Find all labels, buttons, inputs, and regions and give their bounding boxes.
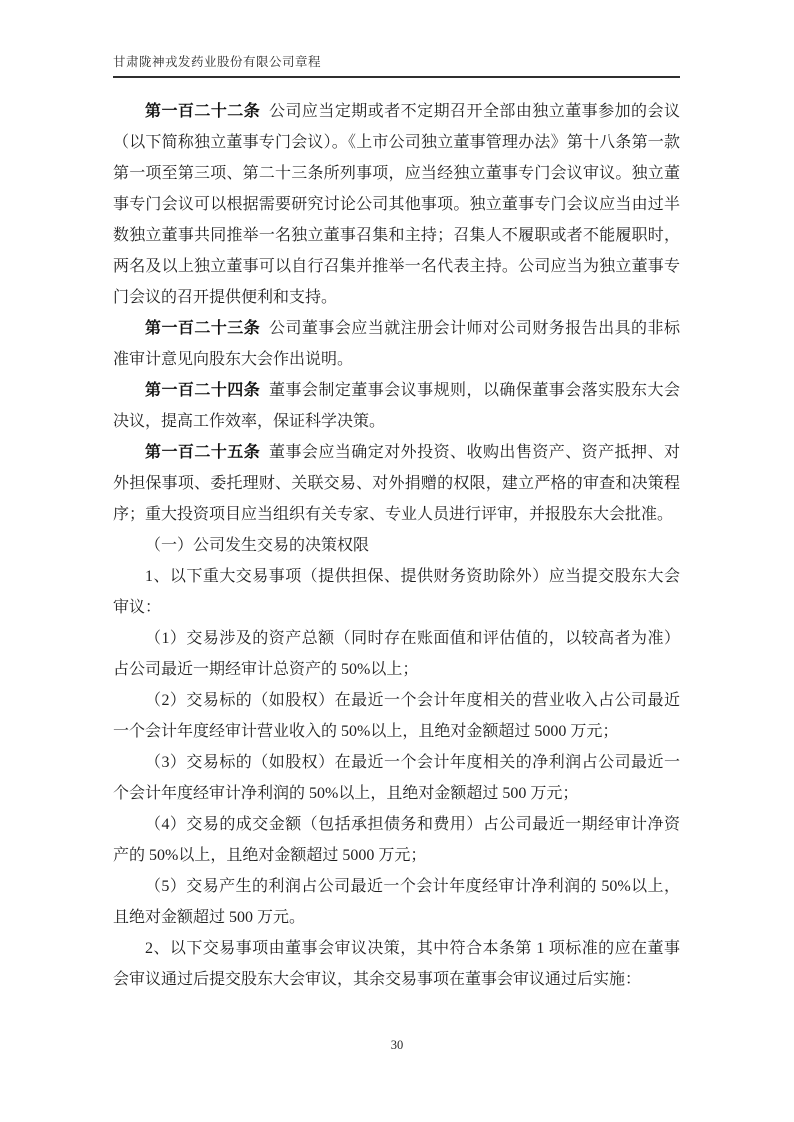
document-body: 第一百二十二条公司应当定期或者不定期召开全部由独立董事参加的会议（以下简称独立董… [113,96,680,995]
paragraph-subitem-5: （5）交易产生的利润占公司最近一个会计年度经审计净利润的 50%以上，且绝对金额… [113,871,680,933]
article-number-124: 第一百二十四条 [145,382,260,399]
paragraph-text: （5）交易产生的利润占公司最近一个会计年度经审计净利润的 50%以上，且绝对金额… [113,878,680,926]
paragraph-text: （2）交易标的（如股权）在最近一个会计年度相关的营业收入占公司最近一个会计年度经… [113,692,680,740]
paragraph-article-125: 第一百二十五条董事会应当确定对外投资、收购出售资产、资产抵押、对外担保事项、委托… [113,437,680,530]
paragraph-item-2: 2、以下交易事项由董事会审议决策，其中符合本条第 1 项标准的应在董事会审议通过… [113,933,680,995]
page-header: 甘肃陇神戎发药业股份有限公司章程 [113,52,680,78]
page-number: 30 [391,1038,404,1052]
paragraph-article-124: 第一百二十四条董事会制定董事会议事规则，以确保董事会落实股东大会决议，提高工作效… [113,375,680,437]
paragraph-text: 公司应当定期或者不定期召开全部由独立董事参加的会议（以下简称独立董事专门会议）。… [113,103,680,306]
paragraph-subitem-2: （2）交易标的（如股权）在最近一个会计年度相关的营业收入占公司最近一个会计年度经… [113,685,680,747]
paragraph-item-1: 1、以下重大交易事项（提供担保、提供财务资助除外）应当提交股东大会审议： [113,561,680,623]
document-page: 甘肃陇神戎发药业股份有限公司章程 第一百二十二条公司应当定期或者不定期召开全部由… [0,0,794,1122]
paragraph-article-122: 第一百二十二条公司应当定期或者不定期召开全部由独立董事参加的会议（以下简称独立董… [113,96,680,313]
article-number-123: 第一百二十三条 [145,320,260,337]
paragraph-text: （1）交易涉及的资产总额（同时存在账面值和评估值的，以较高者为准）占公司最近一期… [113,630,680,678]
paragraph-text: （一）公司发生交易的决策权限 [145,537,369,554]
article-number-125: 第一百二十五条 [145,444,260,461]
paragraph-subitem-1: （1）交易涉及的资产总额（同时存在账面值和评估值的，以较高者为准）占公司最近一期… [113,623,680,685]
paragraph-section-heading: （一）公司发生交易的决策权限 [113,530,680,561]
paragraph-article-123: 第一百二十三条公司董事会应当就注册会计师对公司财务报告出具的非标准审计意见向股东… [113,313,680,375]
paragraph-subitem-4: （4）交易的成交金额（包括承担债务和费用）占公司最近一期经审计净资产的 50%以… [113,809,680,871]
paragraph-subitem-3: （3）交易标的（如股权）在最近一个会计年度相关的净利润占公司最近一个会计年度经审… [113,747,680,809]
article-number-122: 第一百二十二条 [145,103,260,120]
paragraph-text: （3）交易标的（如股权）在最近一个会计年度相关的净利润占公司最近一个会计年度经审… [113,754,680,802]
document-title: 甘肃陇神戎发药业股份有限公司章程 [113,55,321,69]
paragraph-text: （4）交易的成交金额（包括承担债务和费用）占公司最近一期经审计净资产的 50%以… [113,816,680,864]
paragraph-text: 2、以下交易事项由董事会审议决策，其中符合本条第 1 项标准的应在董事会审议通过… [113,940,680,988]
paragraph-text: 1、以下重大交易事项（提供担保、提供财务资助除外）应当提交股东大会审议： [113,568,680,616]
page-footer: 30 [0,1038,794,1053]
